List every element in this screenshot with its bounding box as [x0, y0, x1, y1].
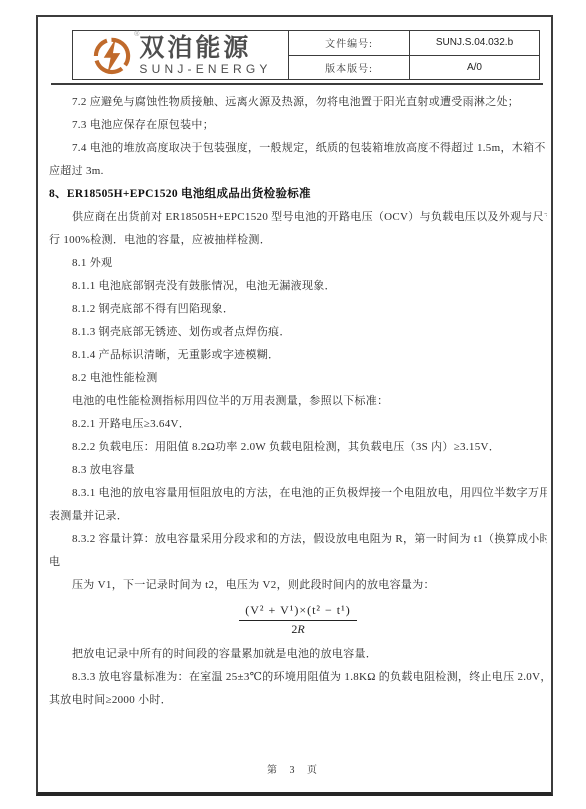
text-line: 8.1.1 电池底部钢壳没有鼓胀情况，电池无漏液现象．: [49, 275, 547, 298]
text-line: 8.2.1 开路电压≥3.64V．: [49, 413, 547, 436]
brand-name-cn: 双洎能源: [139, 36, 251, 61]
text-line: 8.2.2 负载电压：用阻值 8.2Ω功率 2.0W 负载电阻检测，其负载电压（…: [49, 436, 547, 459]
registered-trademark-icon: ®: [134, 31, 139, 38]
formula-numerator: (V² + V¹)×(t² − t¹): [239, 603, 356, 621]
discharge-capacity-formula: (V² + V¹)×(t² − t¹) 2R: [49, 597, 547, 643]
text-line: 其放电时间≥2000 小时．: [49, 689, 547, 712]
header-divider: [51, 83, 543, 85]
page-number: 第 3 页: [38, 761, 551, 776]
company-logo: ® 双洎能源 SUNJ-ENERGY: [73, 31, 289, 79]
text-line: 电池的电性能检测指标用四位半的万用表测量，参照以下标准：: [49, 390, 547, 413]
document-body: 7.2 应避免与腐蚀性物质接触、远离火源及热源，勿将电池置于阳光直射或遭受雨淋之…: [49, 91, 547, 712]
text-line: 应超过 3m.: [49, 160, 547, 183]
doc-number-row: 文件编号: SUNJ.S.04.032.b: [289, 31, 539, 55]
text-line: 8.2 电池性能检测: [49, 367, 547, 390]
formula-denominator: 2R: [239, 621, 356, 637]
brand-text: 双洎能源 SUNJ-ENERGY: [139, 36, 271, 75]
text-line: 电: [49, 551, 547, 574]
page-frame: ® 双洎能源 SUNJ-ENERGY 文件编号: SUNJ.S.04.032.b…: [36, 15, 553, 796]
text-line: 行 100%检测．电池的容量，应被抽样检测．: [49, 229, 547, 252]
text-line: 8.1.4 产品标识清晰，无重影或字迹模糊．: [49, 344, 547, 367]
text-line: 7.2 应避免与腐蚀性物质接触、远离火源及热源，勿将电池置于阳光直射或遭受雨淋之…: [49, 91, 547, 114]
text-line: 8.3.1 电池的放电容量用恒阻放电的方法，在电池的正负极焊接一个电阻放电，用四…: [49, 482, 547, 505]
text-line: 8.1.3 钢壳底部无锈迹、划伤或者点焊伤痕．: [49, 321, 547, 344]
text-line: 8.3.2 容量计算：放电容量采用分段求和的方法，假设放电电阻为 R，第一时间为…: [49, 528, 547, 551]
text-line: 表测量并记录．: [49, 505, 547, 528]
text-line: 8.3 放电容量: [49, 459, 547, 482]
lightning-circle-logo-icon: ®: [89, 32, 135, 78]
section-heading: 8、ER18505H+EPC1520 电池组成品出货检验标准: [49, 183, 547, 206]
body-lines-bottom: 把放电记录中所有的时间段的容量累加就是电池的放电容量．8.3.3 放电容量标准为…: [49, 643, 547, 712]
brand-name-en: SUNJ-ENERGY: [139, 63, 271, 75]
doc-number-value: SUNJ.S.04.032.b: [410, 31, 539, 55]
version-value: A/0: [410, 56, 539, 80]
text-line: 7.4 电池的堆放高度取决于包装强度，一般规定，纸质的包装箱堆放高度不得超过 1…: [49, 137, 547, 160]
text-line: 8.1.2 钢壳底部不得有凹陷现象．: [49, 298, 547, 321]
text-line: 压为 V1，下一记录时间为 t2，电压为 V2，则此段时间内的放电容量为：: [49, 574, 547, 597]
document-header-table: ® 双洎能源 SUNJ-ENERGY 文件编号: SUNJ.S.04.032.b…: [72, 30, 540, 80]
text-line: 把放电记录中所有的时间段的容量累加就是电池的放电容量．: [49, 643, 547, 666]
doc-number-label: 文件编号:: [289, 31, 410, 55]
text-line: 7.3 电池应保存在原包装中；: [49, 114, 547, 137]
body-lines-top: 7.2 应避免与腐蚀性物质接触、远离火源及热源，勿将电池置于阳光直射或遭受雨淋之…: [49, 91, 547, 597]
text-line: 供应商在出货前对 ER18505H+EPC1520 型号电池的开路电压（OCV）…: [49, 206, 547, 229]
document-meta: 文件编号: SUNJ.S.04.032.b 版本版号: A/0: [289, 31, 539, 79]
version-label: 版本版号:: [289, 56, 410, 80]
text-line: 8.1 外观: [49, 252, 547, 275]
text-line: 8.3.3 放电容量标准为：在室温 25±3℃的环境用阻值为 1.8KΩ 的负载…: [49, 666, 547, 689]
fraction: (V² + V¹)×(t² − t¹) 2R: [239, 603, 356, 637]
version-row: 版本版号: A/0: [289, 55, 539, 80]
